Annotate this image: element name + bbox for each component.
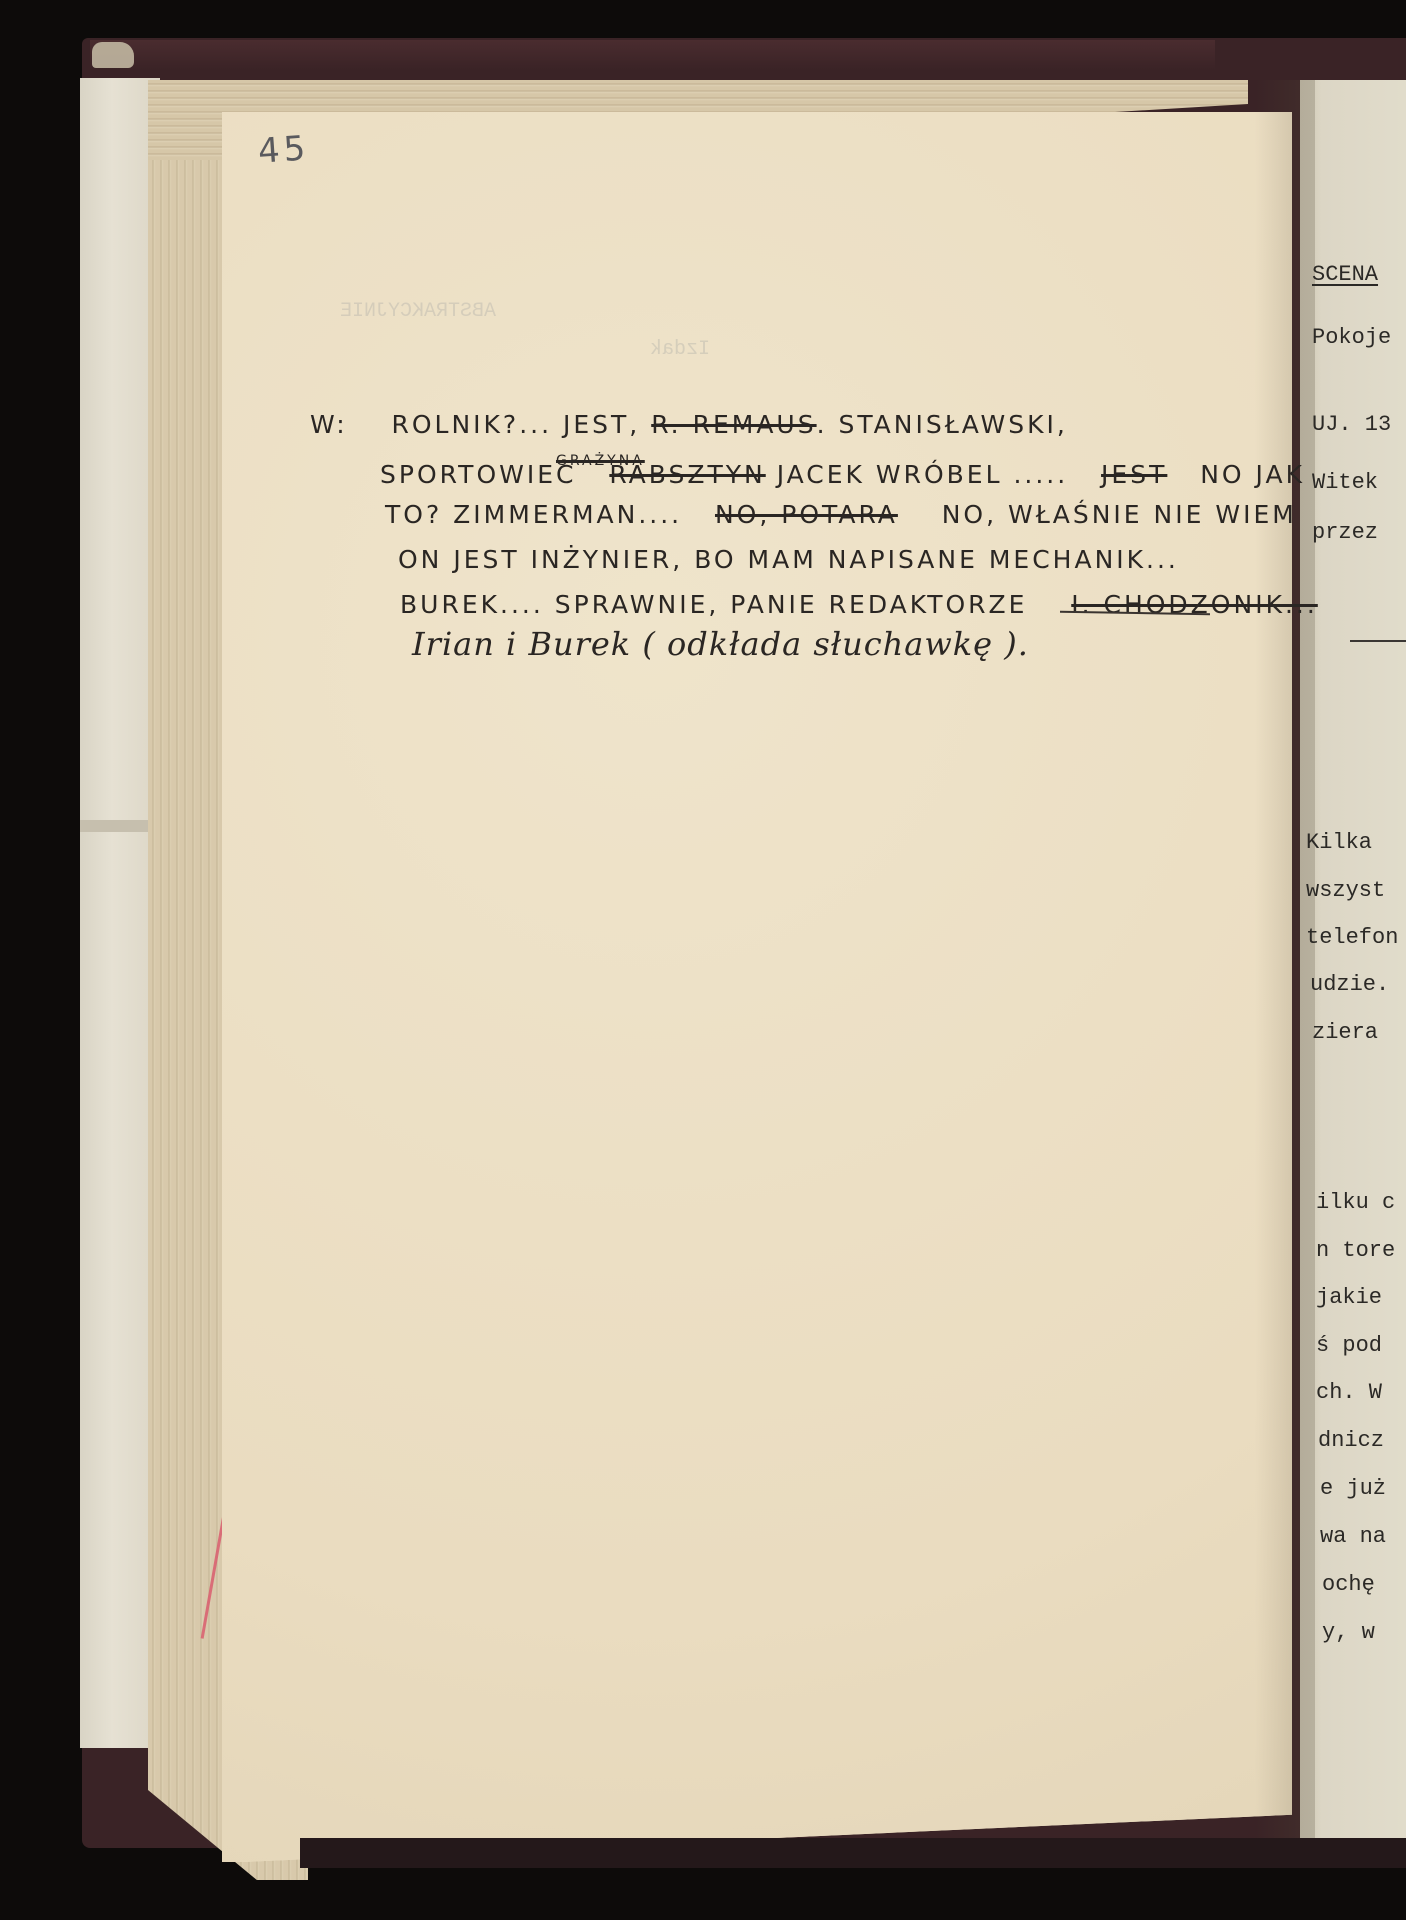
struck-text: R. REMAUS xyxy=(651,410,816,439)
typed-line: ziera xyxy=(1312,1020,1378,1045)
typed-line: dnicz xyxy=(1318,1428,1384,1453)
worn-cover-corner xyxy=(92,42,134,68)
typed-line: Witek xyxy=(1312,470,1378,495)
handwritten-text: NO JAK xyxy=(1200,460,1305,489)
typed-line: przez xyxy=(1312,520,1378,545)
struck-text: RABSZTYN xyxy=(609,460,765,489)
struck-text: JEST xyxy=(1101,460,1167,489)
handwritten-text: . STANISŁAWSKI, xyxy=(817,410,1068,439)
handwritten-line-2: SPORTOWIEC RABSZTYN JACEK WRÓBEL ..... J… xyxy=(380,460,1305,489)
left-page xyxy=(222,112,1292,1862)
typed-line: jakie xyxy=(1316,1285,1382,1310)
handwritten-text: TO? ZIMMERMAN.... xyxy=(385,500,682,529)
stage-direction: ( odkłada słuchawkę ). xyxy=(642,625,1029,663)
handwritten-line-4: ON JEST INŻYNIER, BO MAM NAPISANE MECHAN… xyxy=(398,545,1179,574)
handwritten-line-6: Irian i Burek ( odkłada słuchawkę ). xyxy=(412,625,1029,663)
handwritten-text: NO, WŁAŚNIE NIE WIEM xyxy=(942,500,1297,529)
typed-rule xyxy=(1350,640,1406,642)
cover-bottom-edge xyxy=(300,1838,1406,1868)
typed-line: ś pod xyxy=(1316,1333,1382,1358)
typed-heading: SCENA xyxy=(1312,262,1378,287)
handwritten-text: JACEK WRÓBEL ..... xyxy=(777,460,1069,489)
handwritten-line-3: TO? ZIMMERMAN.... NO, POTARA NO, WŁAŚNIE… xyxy=(385,500,1297,529)
handwritten-text: SPORTOWIEC xyxy=(380,460,576,489)
handwritten-text: BUREK.... SPRAWNIE, PANIE REDAKTORZE xyxy=(400,590,1027,619)
cover-top-edge xyxy=(90,40,1215,70)
typed-line: n tore xyxy=(1316,1238,1395,1263)
handwritten-text: Irian i Burek xyxy=(412,625,631,663)
typed-line: wszyst xyxy=(1306,878,1385,903)
handwritten-text: ON JEST INŻYNIER, BO MAM NAPISANE MECHAN… xyxy=(398,545,1179,574)
typed-line: ochę xyxy=(1322,1572,1375,1597)
typed-line: ch. W xyxy=(1316,1380,1382,1405)
typed-line: ilku c xyxy=(1316,1190,1395,1215)
gutter-shadow xyxy=(1255,80,1315,1860)
page-number: 45 xyxy=(257,128,311,171)
bleed-through-text: ABSTRAKCYJNIE xyxy=(340,300,496,323)
typed-line: telefon xyxy=(1306,925,1398,950)
speaker-label: W: xyxy=(310,410,348,439)
typed-line: wa na xyxy=(1320,1524,1386,1549)
typed-line: Kilka xyxy=(1306,830,1372,855)
endpaper-tear xyxy=(80,820,150,832)
typed-line: y, w xyxy=(1322,1620,1375,1645)
handwritten-text: ROLNIK?... JEST, xyxy=(391,410,640,439)
typed-line: Pokoje xyxy=(1312,325,1391,350)
typed-line: e już xyxy=(1320,1476,1386,1501)
typed-line: udzie. xyxy=(1310,972,1389,997)
handwritten-line-1: W: ROLNIK?... JEST, R. REMAUS. STANISŁAW… xyxy=(310,410,1068,439)
struck-text: NO, POTARA xyxy=(715,500,898,529)
typed-line: UJ. 13 xyxy=(1312,412,1391,437)
bleed-through-text: Izdak xyxy=(650,338,710,361)
